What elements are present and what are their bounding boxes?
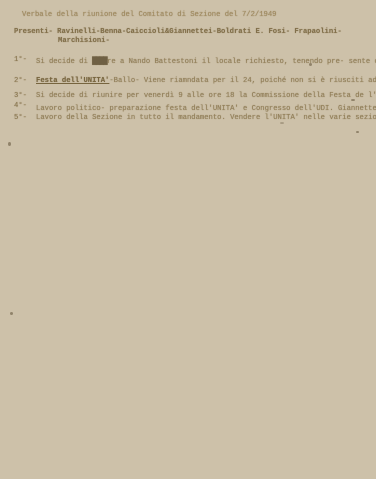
list-item-number: 2°- (14, 77, 36, 86)
scanned-document-page: Verbale della riunione del Comitato di S… (0, 0, 376, 479)
list-item-number: 4°- (14, 102, 36, 111)
overstrike-blot: ████ (92, 56, 107, 65)
typed-text: -Ballo- Viene riamndata per il 24, poich… (109, 77, 363, 85)
paper-speck (280, 122, 284, 124)
agenda-item-1: 1°- Si decide di ████re a Nando Battesto… (14, 56, 370, 67)
agenda-item-4: 4°- Lavoro politico- preparazione festa … (14, 102, 370, 114)
typed-line: de l'UNITA' per decidere, vista l'approv… (355, 92, 376, 100)
typed-line: sente che qualora il Partito lo richieda… (349, 58, 376, 66)
paper-speck (356, 131, 359, 133)
list-item-number: 3°- (14, 92, 36, 101)
paper-speck (8, 142, 11, 146)
attendees-continuation: Marchisioni- (14, 37, 370, 46)
paper-speck (10, 312, 13, 315)
typed-line: Festa dell'UNITA'-Ballo- Viene riamndata… (36, 77, 368, 85)
paper-speck (309, 63, 312, 66)
typed-line: Lavoro della Sezione in tutto il mandame… (36, 114, 226, 122)
paper-speck (351, 99, 355, 101)
typed-text-block: Verbale della riunione del Comitato di S… (14, 11, 370, 124)
agenda-item-2: 2°- Festa dell'UNITA'-Ballo- Viene riamn… (14, 77, 370, 86)
typed-line: Si decide di riunire per venerdì 9 alle … (36, 92, 351, 100)
typed-line: Vendere l'UNITA' nelle varie sezioni; in… (230, 114, 376, 122)
list-item-number: 1°- (14, 56, 36, 65)
list-item-number: 5°- (14, 114, 36, 123)
agenda-item-5: 5°- Lavoro della Sezione in tutto il man… (14, 114, 370, 123)
attendees-line: Presenti- Ravinelli-Benna-Caiccioli&Gian… (14, 28, 370, 37)
attendees-block: Presenti- Ravinelli-Benna-Caiccioli&Gian… (14, 28, 370, 46)
typed-text: Si decide di (36, 58, 92, 66)
typed-line: Lavoro politico- preparazione festa dell… (36, 105, 334, 113)
attendees-names: Presenti- Ravinelli-Benna-Caiccioli&Gian… (14, 28, 342, 36)
underlined-heading: Festa dell'UNITA' (36, 77, 109, 85)
typed-line: ad ottenere la sala per il 10. (368, 77, 376, 85)
document-title: Verbale della riunione del Comitato di S… (14, 11, 370, 20)
typed-line: Si decide di ████re a Nando Battestoni i… (36, 58, 349, 66)
typed-line: Giannettei preparerà un piano di lavoro … (338, 105, 376, 113)
agenda-item-3: 3°- Si decide di riunire per venerdì 9 a… (14, 92, 370, 101)
